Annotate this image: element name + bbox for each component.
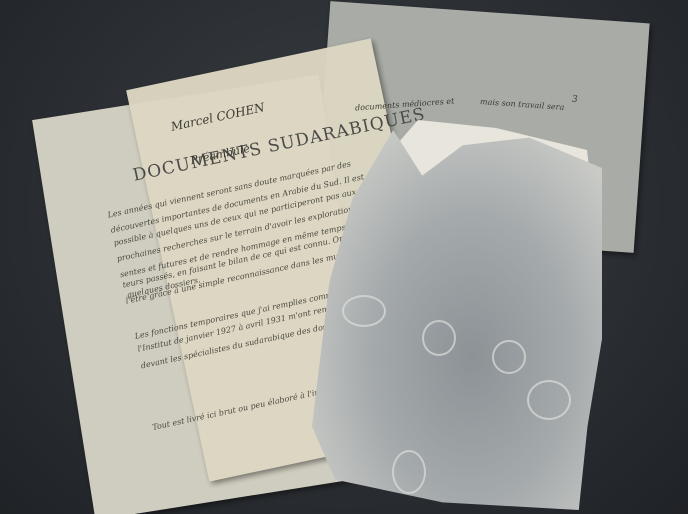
carved-ring (422, 320, 456, 356)
carved-ring (492, 340, 526, 374)
carved-ring (527, 380, 571, 420)
carved-ring (392, 450, 426, 494)
carved-ring (342, 295, 386, 327)
page-number: 3 (572, 95, 578, 105)
